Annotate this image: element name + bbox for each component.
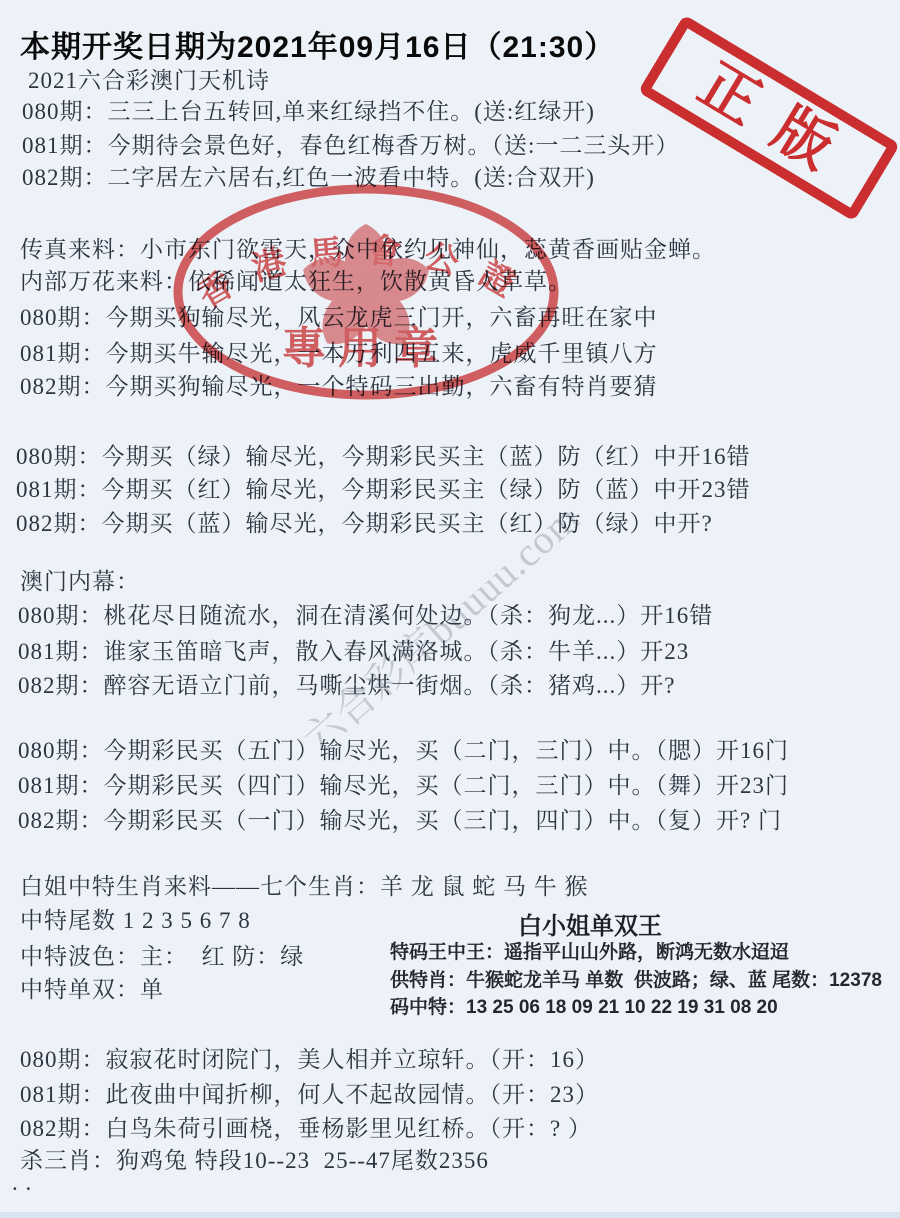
neimu-heading: 澳门内幕： xyxy=(20,563,140,596)
neimu-line: 081期：谁家玉笛暗飞声，散入春风满洛城。（杀：牛羊...）开23 xyxy=(18,633,689,666)
poem-result-line: 082期：白鸟朱荷引画桡，垂杨影里见红桥。（开：? ） xyxy=(20,1110,592,1143)
baixiaojie-heading: 白小姐单双王 xyxy=(440,906,740,941)
poem-result-line: 080期：寂寂花时闭院门，美人相并立琼轩。（开：16） xyxy=(20,1041,599,1074)
fax-tips-line: 传真来料：小市东门欲雪天，众中依约见神仙，蕊黄香画贴金蝉。 xyxy=(20,231,716,264)
page-title: 本期开奖日期为2021年09月16日（21:30） xyxy=(20,22,615,66)
baijie-line: 中特波色：主： 红 防：绿 xyxy=(20,938,304,971)
genuine-stamp-label: 正 版 xyxy=(690,54,849,181)
bottom-edge-strip xyxy=(0,1212,900,1218)
door-tips-line: 080期：今期彩民买（五门）输尽光，买（二门，三门）中。（腮）开16门 xyxy=(18,732,789,765)
door-tips-line: 082期：今期彩民买（一门）输尽光，买（三门，四门）中。（复）开? 门 xyxy=(18,802,782,835)
fax-tips-line: 080期：今期买狗输尽光，风云龙虎三门开，六畜再旺在家中 xyxy=(20,299,658,332)
tianji-heading: 2021六合彩澳门天机诗 xyxy=(28,62,270,95)
baixiaojie-line: 特码王中王：遥指平山山外路，断鸿无数水迢迢 xyxy=(390,937,789,964)
genuine-stamp: 正 版 xyxy=(638,15,900,222)
baijie-line: 中特单双：单 xyxy=(20,971,164,1004)
tianji-line: 081期：今期待会景色好，春色红梅香万树。（送:一二三头开） xyxy=(22,127,679,160)
tianji-line: 080期：三三上台五转回,单来红绿挡不住。(送:红绿开) xyxy=(22,93,595,126)
color-tips-line: 080期：今期买（绿）输尽光，今期彩民买主（蓝）防（红）中开16错 xyxy=(16,438,751,471)
color-tips-line: 082期：今期买（蓝）输尽光，今期彩民买主（红）防（绿）中开? xyxy=(16,505,713,538)
tianji-line: 082期：二字居左六居右,红色一波看中特。(送:合双开) xyxy=(22,159,595,192)
baijie-line: 中特尾数 1 2 3 5 6 7 8 xyxy=(20,902,251,935)
kill-three-line: 杀三肖：狗鸡兔 特段10--23 25--47尾数2356 xyxy=(20,1142,489,1175)
baijie-line: 白姐中特生肖来料——七个生肖：羊 龙 鼠 蛇 马 牛 猴 xyxy=(20,868,589,901)
footer-dots: . . xyxy=(12,1170,32,1196)
neimu-line: 080期：桃花尽日随流水，洞在清溪何处边。（杀：狗龙...）开16错 xyxy=(18,597,713,630)
color-tips-line: 081期：今期买（红）输尽光，今期彩民买主（绿）防（蓝）中开23错 xyxy=(16,471,751,504)
tip-sheet-page: 六合彩库buuuu.com 本期开奖日期为2021年09月16日（21:30） … xyxy=(0,0,900,1218)
fax-tips-line: 内部万花来料：依稀闻道太狂生，饮散黄昏人草草。 xyxy=(20,263,572,296)
baixiaojie-line: 码中特：13 25 06 18 09 21 10 22 19 31 08 20 xyxy=(390,992,778,1019)
baixiaojie-line: 供特肖：牛猴蛇龙羊马 单数 供波路；绿、蓝 尾数：12378 xyxy=(390,965,882,992)
neimu-line: 082期：醉容无语立门前，马嘶尘烘一街烟。（杀：猪鸡...）开? xyxy=(18,667,675,700)
poem-result-line: 081期：此夜曲中闻折柳，何人不起故园情。（开：23） xyxy=(20,1076,599,1109)
door-tips-line: 081期：今期彩民买（四门）输尽光，买（二门，三门）中。（舞）开23门 xyxy=(18,767,789,800)
fax-tips-line: 081期：今期买牛输尽光，一本万利四五来，虎威千里镇八方 xyxy=(20,335,658,368)
fax-tips-line: 082期：今期买狗输尽光，一个特码三出勤，六畜有特肖要猜 xyxy=(20,368,658,401)
